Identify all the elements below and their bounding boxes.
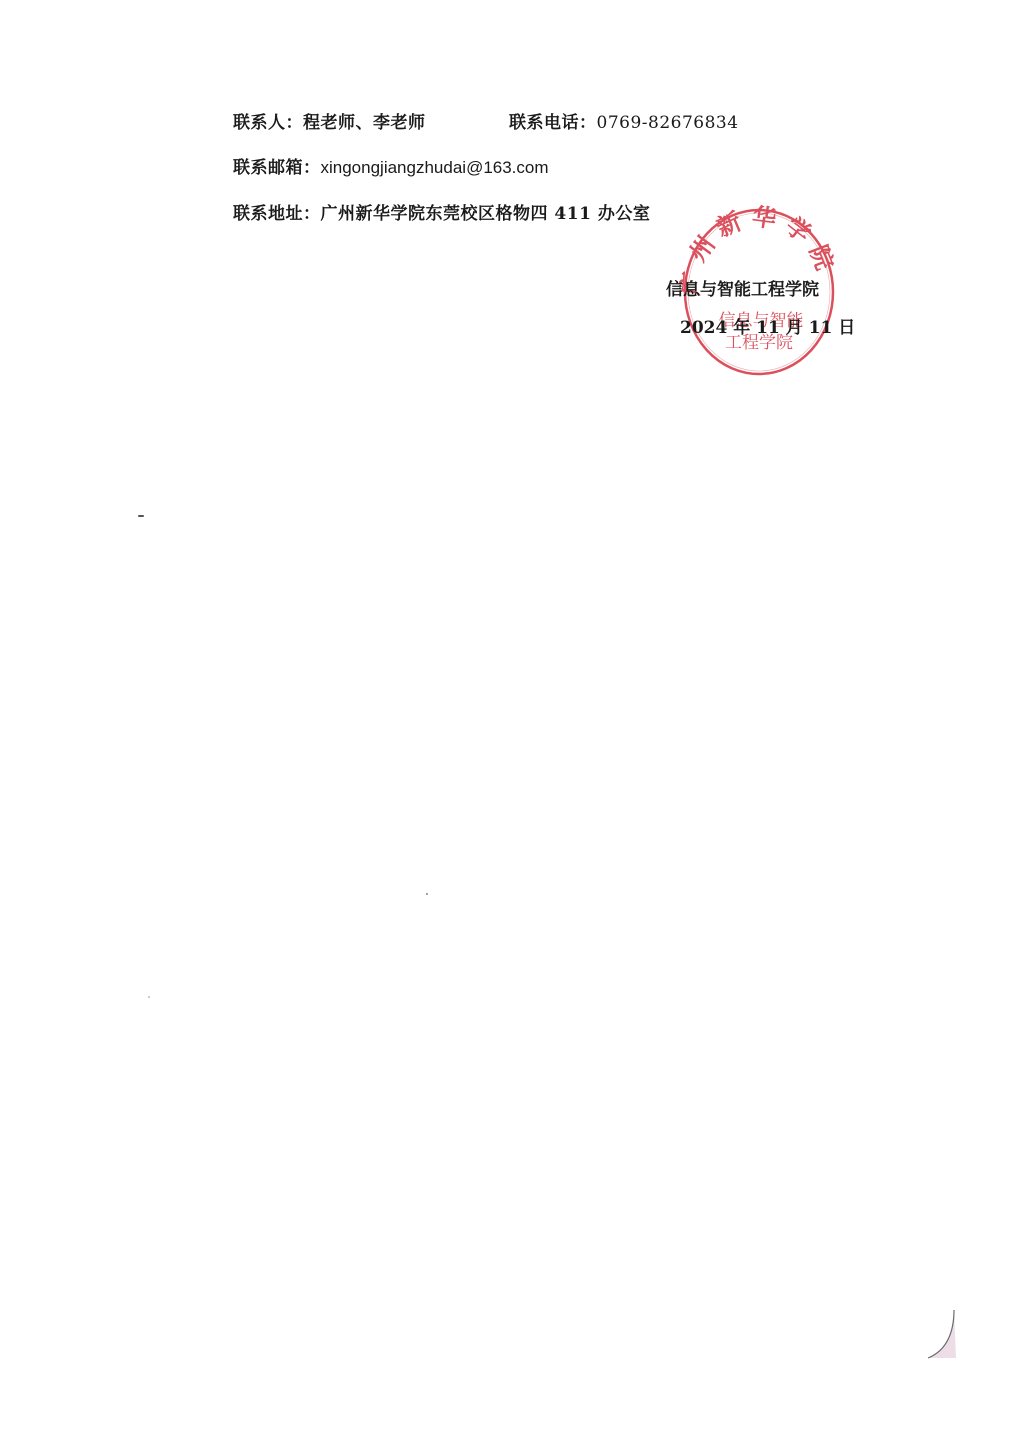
signature-organization: 信息与智能工程学院 [666,278,819,302]
contact-email-value: xingongjiangzhudai@163.com [321,158,549,177]
contact-person-line: 联系人：程老师、李老师 [233,111,426,135]
contact-phone-label: 联系电话： [509,113,597,133]
contact-address-value: 广州新华学院东莞校区格物四 411 办公室 [321,204,651,224]
document-page: 联系人：程老师、李老师 联系电话：0769-82676834 联系邮箱：xing… [0,0,1024,1448]
signature-date: 2024 年 11 月 11 日 [680,316,855,340]
contact-email-label: 联系邮箱： [233,158,321,178]
contact-person-label: 联系人： [233,113,303,133]
contact-phone-line: 联系电话：0769-82676834 [509,111,739,135]
contact-address-line: 联系地址：广州新华学院东莞校区格物四 411 办公室 [233,202,650,226]
page-curl [928,1310,958,1360]
contact-person-value: 程老师、李老师 [303,113,426,133]
contact-email-line: 联系邮箱：xingongjiangzhudai@163.com [233,156,549,180]
contact-phone-value: 0769-82676834 [597,113,739,133]
contact-address-label: 联系地址： [233,204,321,224]
